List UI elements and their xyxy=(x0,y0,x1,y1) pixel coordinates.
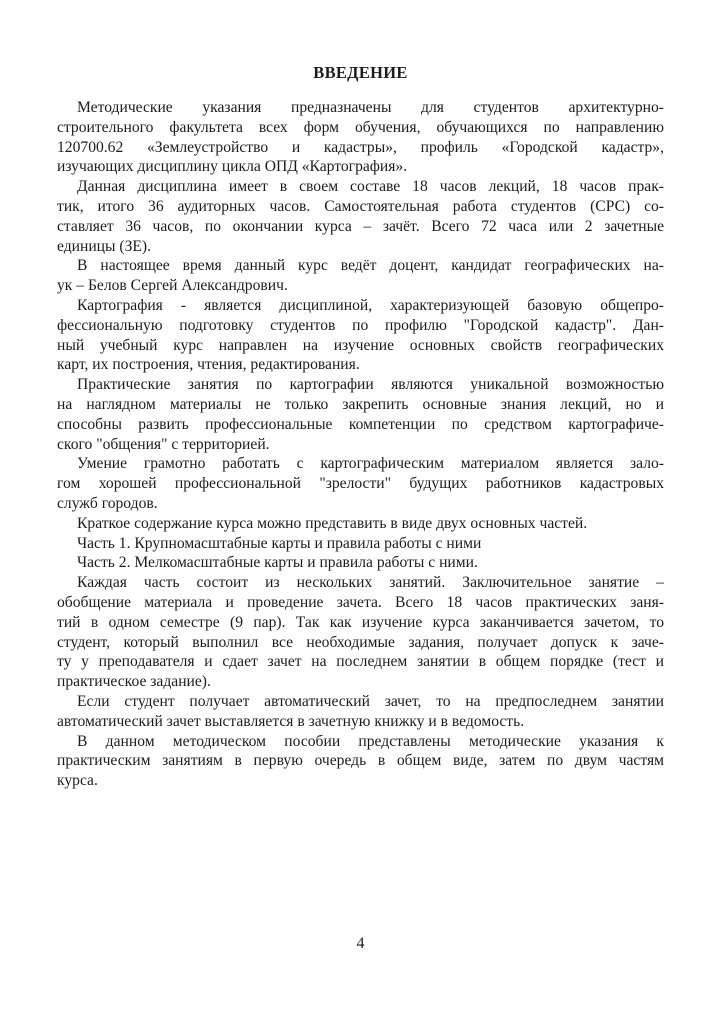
text-line: единицы (ЗЕ). xyxy=(57,237,664,257)
text-line: строительного факультета всех форм обуче… xyxy=(57,118,664,138)
text-line: ный учебный курс направлен на изучение о… xyxy=(57,336,664,356)
text-line: Если студент получает автоматический зач… xyxy=(57,692,664,712)
text-line: ского "общения" с территорией. xyxy=(57,435,664,455)
page-title: ВВЕДЕНИЕ xyxy=(57,63,664,83)
text-line: тий в одном семестре (9 пар). Так как из… xyxy=(57,613,664,633)
text-line: фессиональную подготовку студентов по пр… xyxy=(57,316,664,336)
page-number: 4 xyxy=(57,934,664,954)
text-line: 120700.62 «Землеустройство и кадастры», … xyxy=(57,138,664,158)
document-body: Методические указания предназначены для … xyxy=(57,98,664,791)
text-line: Часть 1. Крупномасштабные карты и правил… xyxy=(57,534,664,554)
text-line: автоматический зачет выставляется в заче… xyxy=(57,712,664,732)
text-line: гом хорошей профессиональной "зрелости" … xyxy=(57,474,664,494)
text-line: практическое задание). xyxy=(57,672,664,692)
text-line: изучающих дисциплину цикла ОПД «Картогра… xyxy=(57,157,664,177)
text-line: курса. xyxy=(57,771,664,791)
text-line: обобщение материала и проведение зачета.… xyxy=(57,593,664,613)
text-line: Практические занятия по картографии явля… xyxy=(57,375,664,395)
text-line: Часть 2. Мелкомасштабные карты и правила… xyxy=(57,553,664,573)
text-line: служб городов. xyxy=(57,494,664,514)
text-line: ставляет 36 часов, по окончании курса – … xyxy=(57,217,664,237)
text-line: ту у преподавателя и сдает зачет на посл… xyxy=(57,652,664,672)
text-line: Картография - является дисциплиной, хара… xyxy=(57,296,664,316)
text-line: на наглядном материалы не только закрепи… xyxy=(57,395,664,415)
text-line: Методические указания предназначены для … xyxy=(57,98,664,118)
text-line: Краткое содержание курса можно представи… xyxy=(57,514,664,534)
text-line: В данном методическом пособии представле… xyxy=(57,732,664,752)
text-line: студент, который выполнил все необходимы… xyxy=(57,633,664,653)
text-line: Каждая часть состоит из нескольких занят… xyxy=(57,573,664,593)
text-line: Умение грамотно работать с картографичес… xyxy=(57,454,664,474)
document-page: ВВЕДЕНИЕ Методические указания предназна… xyxy=(0,0,724,1024)
text-line: Данная дисциплина имеет в своем составе … xyxy=(57,177,664,197)
text-line: В настоящее время данный курс ведёт доце… xyxy=(57,256,664,276)
text-line: карт, их построения, чтения, редактирова… xyxy=(57,355,664,375)
text-line: ук – Белов Сергей Александрович. xyxy=(57,276,664,296)
text-line: тик, итого 36 аудиторных часов. Самостоя… xyxy=(57,197,664,217)
text-line: практическим занятиям в первую очередь в… xyxy=(57,751,664,771)
text-line: способны развить профессиональные компет… xyxy=(57,415,664,435)
